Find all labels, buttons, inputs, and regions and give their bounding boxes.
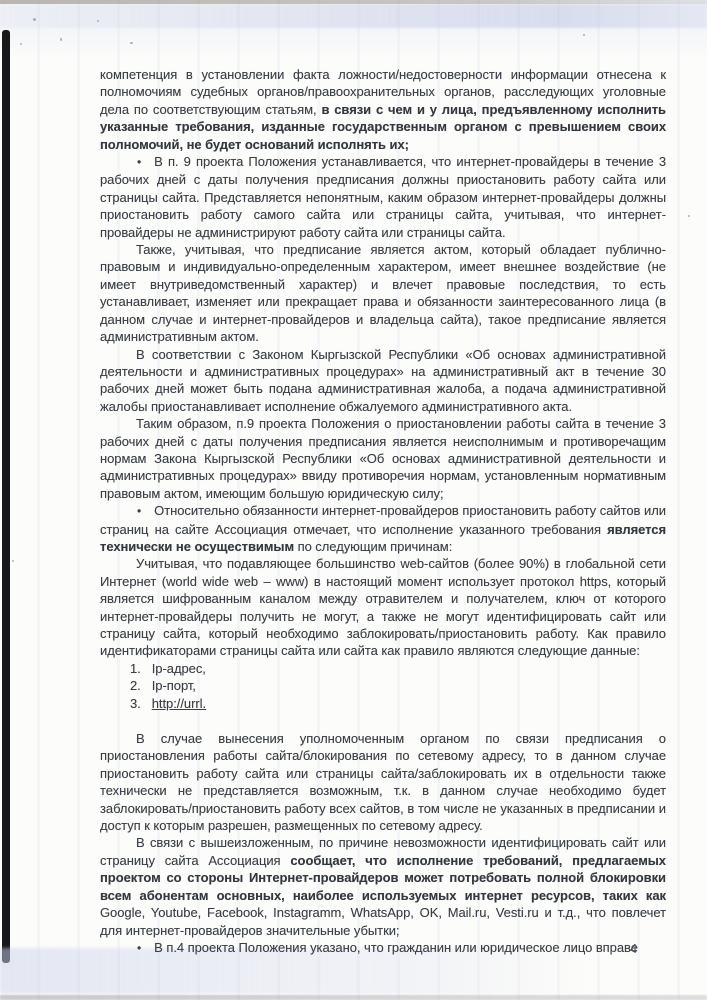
scan-speckle [60, 38, 62, 41]
list-item: 1.Ip-адрес, [130, 660, 666, 677]
list-item: 3.http://urrl. [130, 695, 666, 712]
paragraph: В связи с вышеизложенным, по причине нев… [100, 834, 666, 938]
text-run: В случае вынесения уполномоченным органо… [100, 731, 666, 833]
text-run: В п.4 проекта Положения указано, что гра… [154, 940, 638, 955]
text-run: Учитывая, что подавляющее большинство we… [100, 556, 666, 658]
page-number: 4 [630, 941, 637, 956]
top-scan-band [0, 4, 707, 28]
text-run: В п. 9 проекта Положения устанавливается… [100, 154, 666, 240]
paragraph: Также, учитывая, что предписание являетс… [100, 241, 666, 345]
scan-speckle [33, 18, 36, 21]
bottom-edge-shadow [0, 995, 707, 1000]
bullet-icon: • [137, 155, 154, 169]
scanned-page: компетенция в установлении факта ложност… [0, 0, 707, 1000]
paragraph: компетенция в установлении факта ложност… [100, 66, 666, 153]
bullet-icon: • [137, 504, 154, 518]
scan-speckle [688, 215, 690, 217]
paragraph: Таким образом, п.9 проекта Положения о п… [100, 415, 666, 502]
text-run: Ip-адрес, [152, 661, 206, 676]
document-body: компетенция в установлении факта ложност… [100, 66, 666, 957]
paragraph: Учитывая, что подавляющее большинство we… [100, 555, 666, 659]
list-number: 1. [130, 661, 152, 676]
bullet-paragraph: •Относительно обязанности интернет-прова… [100, 502, 666, 555]
list-number: 2. [130, 678, 152, 693]
scan-speckle [20, 43, 22, 45]
paragraph-gap [100, 712, 666, 730]
text-run: по следующим причинам: [294, 539, 452, 554]
url-text: http://urrl. [152, 696, 206, 711]
bullet-icon: • [137, 941, 154, 955]
text-run: Относительно обязанности интернет-провай… [100, 503, 666, 536]
paragraph: В случае вынесения уполномоченным органо… [100, 730, 666, 834]
text-run: В соответствии с Законом Кыргызской Респ… [100, 347, 666, 414]
scan-speckle [130, 42, 133, 44]
text-run: Google, Youtube, Facebook, Instagramm, W… [100, 905, 666, 937]
bullet-paragraph: •В п.4 проекта Положения указано, что гр… [100, 939, 666, 957]
scan-speckle [583, 34, 585, 36]
scan-speckle [12, 560, 14, 562]
bullet-paragraph: •В п. 9 проекта Положения устанавливаетс… [100, 153, 666, 241]
list-number: 3. [130, 696, 152, 711]
scan-speckle [97, 20, 99, 22]
text-run: Также, учитывая, что предписание являетс… [100, 242, 666, 344]
text-run: Таким образом, п.9 проекта Положения о п… [100, 416, 666, 501]
text-run: Ip-порт, [152, 678, 196, 693]
paragraph: В соответствии с Законом Кыргызской Респ… [100, 346, 666, 416]
list-item: 2.Ip-порт, [130, 677, 666, 694]
left-edge-scan-strip [2, 30, 10, 963]
